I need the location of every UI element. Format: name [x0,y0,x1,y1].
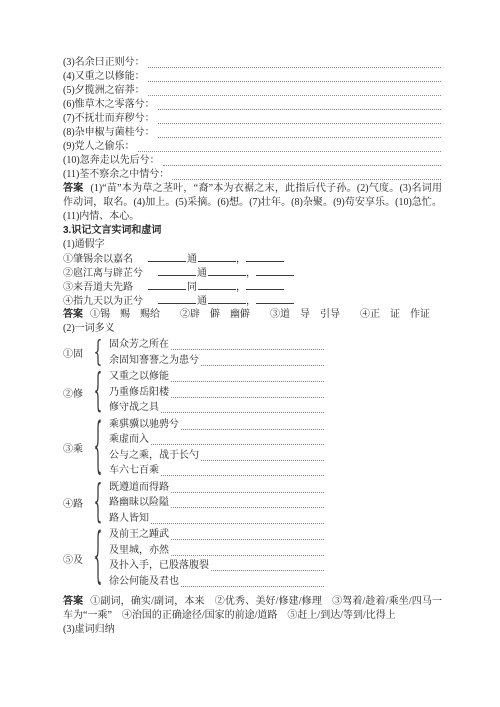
dotted-leader [161,411,324,413]
line-text: (8)杂申椒与菌桂兮： [63,126,155,140]
group-line: 及前王之踵武 [109,527,324,543]
group-label: ④路 [63,495,93,510]
group-line: 及里城，亦然 [109,543,324,559]
group-line: 乘骐骥以驰骋兮 [109,417,324,433]
dotted-leader [158,136,441,138]
comma: ， [236,254,246,265]
dotted-leader [201,364,324,366]
line-text: (5)夕揽洲之宿莽： [63,84,145,98]
blank-line [148,252,186,262]
polysemy-group: ②修 { 又重之以修能 乃重修岳阳楼 修守战之具 [63,369,442,416]
line-text: 修守战之具 [109,400,159,416]
answer-paragraph-polysemy: 答案①副词，确实/副词，本来 ②优秀、美好/修建/修理 ③驾着/趁着/乘坐/四马… [63,595,442,623]
dotted-leader [151,522,324,524]
group-line: 公与之乘，战于长勺 [109,448,324,464]
group-line: 路人皆知 [109,511,324,527]
blank-line [198,280,236,290]
line-text: (7)不抚壮而弃秽兮： [63,112,155,126]
dotted-leader [171,380,324,382]
dotted-leader [151,443,324,445]
line-text: 乃重修岳阳楼 [109,385,169,401]
blank-line [208,294,246,304]
worksheet-content: (3)名余曰正则兮： (4)又重之以修能： (5)夕揽洲之宿莽： (6)惟草木之… [63,56,442,637]
line-text: 余固知謇謇之为患兮 [109,353,199,369]
line-text: (6)惟草木之零落兮： [63,98,155,112]
dotted-leader [171,506,324,508]
connector: 通 [197,268,207,279]
dotted-leader [171,491,324,493]
answer-text: (1)“苗”本为草之茎叶，“裔”本为衣裾之末，此指后代子孙。(2)气度。(3)名… [63,183,442,222]
group-line: 又重之以修能 [109,369,324,385]
tongjiazi-item: ④指九天以为正兮通， [63,294,442,308]
group-label: ①固 [63,345,93,360]
dotted-leader [201,459,324,461]
group-label: ⑤及 [63,551,93,566]
line-text: 路人皆知 [109,511,149,527]
answer-label: 答案 [63,309,83,320]
tongjiazi-item: ②扈江离与辟芷兮通， [63,266,442,280]
polysemy-group: ⑤及 { 及前王之踵武 及里城，亦然 及扑入手，已股落腹裂 徐公何能及君也 [63,527,442,589]
left-brace-icon: { [93,551,103,565]
group-label: ③乘 [63,440,93,455]
dotted-leader [172,178,441,180]
polysemy-group: ①固 { 固众芳之所在 余固知謇謇之为患兮 [63,337,442,368]
blank-line [158,266,196,276]
fill-in-line: (5)夕揽洲之宿莽： [63,84,442,98]
fill-in-line: (7)不抚壮而弃秽兮： [63,112,442,126]
fill-in-line: (6)惟草木之零落兮： [63,98,442,112]
answer-text: ①锡 赐 赐给 ②辟 僻 幽僻 ③道 导 引导 ④正 证 作证 [90,309,430,320]
comma: ， [236,282,246,293]
group-line: 固众芳之所在 [109,337,324,353]
dotted-leader [181,428,324,430]
fill-in-line: (10)忽奔走以先后兮： [63,154,442,168]
answer-label: 答案 [63,596,83,607]
line-text: 乘骐骥以驰骋兮 [109,417,179,433]
group-line: 乘虚而入 [109,432,324,448]
dotted-leader [148,66,441,68]
line-text: 车六七百乘 [109,463,159,479]
dotted-leader [161,474,324,476]
dotted-leader [148,94,441,96]
polysemy-group: ③乘 { 乘骐骥以驰骋兮 乘虚而入 公与之乘，战于长勺 车六七百乘 [63,417,442,479]
group-line: 车六七百乘 [109,463,324,479]
group-line: 及扑入手，已股落腹裂 [109,558,324,574]
comma: ， [246,296,256,307]
left-brace-icon: { [93,441,103,455]
item-phrase: ③来吾道夫先路 [63,282,133,293]
line-text: 公与之乘，战于长勺 [109,448,199,464]
line-text: (3)名余曰正则兮： [63,56,145,70]
line-text: (4)又重之以修能： [63,70,145,84]
left-brace-icon: { [93,346,103,360]
group-line: 徐公何能及君也 [109,574,324,590]
dotted-leader [138,150,441,152]
answer-paragraph-1: 答案(1)“苗”本为草之茎叶，“裔”本为衣裾之末，此指后代子孙。(2)气度。(3… [63,182,442,224]
item-phrase: ④指九天以为正兮 [63,296,143,307]
line-text: 路幽昧以险隘 [109,495,169,511]
document-page: (3)名余曰正则兮： (4)又重之以修能： (5)夕揽洲之宿莽： (6)惟草木之… [0,0,500,707]
fill-in-line: (4)又重之以修能： [63,70,442,84]
blank-line [158,294,196,304]
line-text: 固众芳之所在 [109,337,169,353]
dotted-leader [163,164,441,166]
polysemy-title: (2)一词多义 [63,322,442,336]
group-line: 修守战之具 [109,400,324,416]
item-phrase: ①肇锡余以嘉名 [63,254,133,265]
line-text: 及前王之踵武 [109,527,169,543]
connector: 通 [187,254,197,265]
blank-line [198,252,236,262]
line-text: (11)荃不察余之中情兮： [63,168,169,182]
line-text: 既遵道而得路 [109,480,169,496]
blank-line [246,252,284,262]
fill-in-line: (8)杂申椒与菌桂兮： [63,126,442,140]
answer-text: ①副词，确实/副词，本来 ②优秀、美好/修建/修理 ③驾着/趁着/乘坐/四马一车… [63,596,442,621]
group-line: 乃重修岳阳楼 [109,385,324,401]
connector: 同 [187,282,197,293]
item-phrase: ②扈江离与辟芷兮 [63,268,143,279]
blank-line [148,280,186,290]
line-text: 及扑入手，已股落腹裂 [109,558,209,574]
line-text: 乘虚而入 [109,432,149,448]
dotted-leader [171,538,324,540]
blank-line [208,266,246,276]
group-line: 既遵道而得路 [109,480,324,496]
section-heading: 3.识记文言实词和虚词 [63,224,442,238]
dotted-leader [211,569,324,571]
dotted-leader [171,348,324,350]
fill-in-line: (9)党人之偷乐： [63,140,442,154]
blank-line [256,294,294,304]
left-brace-icon: { [93,496,103,510]
answer-label: 答案 [63,183,84,194]
group-line: 路幽昧以险隘 [109,495,324,511]
dotted-leader [181,585,324,587]
dotted-leader [171,396,324,398]
dotted-leader [158,122,441,124]
connector: 通 [197,296,207,307]
group-label: ②修 [63,385,93,400]
line-text: 及里城，亦然 [109,543,169,559]
xuci-title: (3)虚词归纳 [63,623,442,637]
answer-paragraph-tongjiazi: 答案①锡 赐 赐给 ②辟 僻 幽僻 ③道 导 引导 ④正 证 作证 [63,308,442,322]
polysemy-group: ④路 { 既遵道而得路 路幽昧以险隘 路人皆知 [63,480,442,527]
line-text: 徐公何能及君也 [109,574,179,590]
comma: ， [246,268,256,279]
dotted-leader [171,554,324,556]
fill-in-line: (3)名余曰正则兮： [63,56,442,70]
dotted-leader [148,80,441,82]
blank-line [256,266,294,276]
line-text: (9)党人之偷乐： [63,140,135,154]
line-text: (10)忽奔走以先后兮： [63,154,160,168]
group-line: 余固知謇謇之为患兮 [109,353,324,369]
fill-in-line: (11)荃不察余之中情兮： [63,168,442,182]
tongjiazi-title: (1)通假字 [63,238,442,252]
blank-line [246,280,284,290]
dotted-leader [158,108,441,110]
tongjiazi-item: ①肇锡余以嘉名通， [63,252,442,266]
line-text: 又重之以修能 [109,369,169,385]
tongjiazi-item: ③来吾道夫先路同， [63,280,442,294]
left-brace-icon: { [93,385,103,399]
